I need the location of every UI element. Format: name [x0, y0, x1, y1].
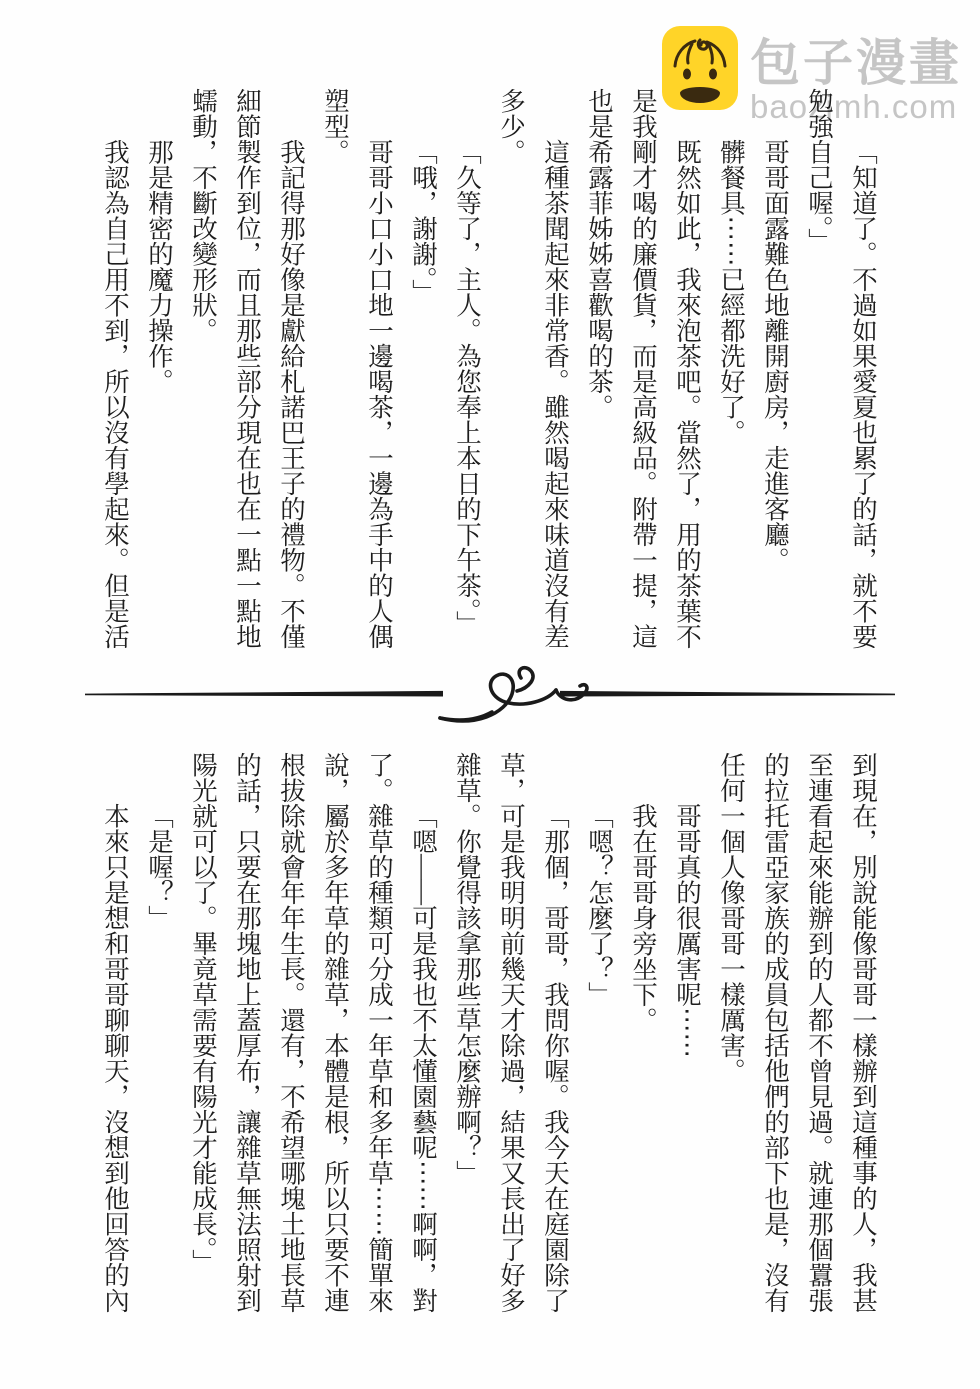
- text-column: 說，屬於多年草的雜草，本體是根，所以只要不連: [313, 752, 357, 1327]
- text-column: 了。雜草的種類可分成一年草和多年草⋯⋯簡單來: [357, 752, 401, 1327]
- text-column: 本來只是想和哥哥聊聊天，沒想到他回答的內: [93, 752, 137, 1327]
- text-column: 哥哥真的很厲害呢⋯⋯: [665, 752, 709, 1327]
- text-column: 陽光就可以了。畢竟草需要有陽光才能成長。」: [181, 752, 225, 1327]
- divider-flourish-icon: [0, 664, 980, 736]
- text-column: 根拔除就會年年生長。還有，不希望哪塊土地長草: [269, 752, 313, 1327]
- text-column: 到現在，別說能像哥哥一樣辦到這種事的人，我甚: [841, 752, 885, 1327]
- text-column: 既然如此，我來泡茶吧。當然了，用的茶葉不: [665, 88, 709, 663]
- text-column: 我記得那好像是獻給札諾巴王子的禮物。不僅: [269, 88, 313, 663]
- text-column: 任何一個人像哥哥一樣厲害。: [709, 752, 753, 1327]
- text-column: 哥哥小口小口地一邊喝茶，一邊為手中的人偶: [357, 88, 401, 663]
- text-column: 蠕動，不斷改變形狀。: [181, 88, 225, 663]
- text-column: 草，可是我明明前幾天才除過，結果又長出了好多: [489, 752, 533, 1327]
- text-column: 的拉托雷亞家族的成員包括他們的部下也是，沒有: [753, 752, 797, 1327]
- text-column: 「久等了，主人。為您奉上本日的下午茶。」: [445, 88, 489, 663]
- text-column: 「嗯？怎麼了？」: [577, 752, 621, 1327]
- text-column: 是我剛才喝的廉價貨，而是高級品。附帶一提，這: [621, 88, 665, 663]
- text-column: 至連看起來能辦到的人都不曾見過。就連那個囂張: [797, 752, 841, 1327]
- text-column: 多少。: [489, 88, 533, 663]
- bottom-text-section: 到現在，別說能像哥哥一樣辦到這種事的人，我甚至連看起來能辦到的人都不曾見過。就連…: [93, 752, 885, 1327]
- text-column: 塑型。: [313, 88, 357, 663]
- text-column: 哥哥面露難色地離開廚房，走進客廳。: [753, 88, 797, 663]
- text-column: 「知道了。不過如果愛夏也累了的話，就不要: [841, 88, 885, 663]
- text-column: 也是希露菲姊姊喜歡喝的茶。: [577, 88, 621, 663]
- text-column: 勉強自己喔。」: [797, 88, 841, 663]
- novel-page: 包子漫畫 baozimh.com 「知道了。不過如果愛夏也累了的話，就不要勉強自…: [0, 0, 980, 1389]
- text-column: 「那個，哥哥，我問你喔。我今天在庭園除了: [533, 752, 577, 1327]
- text-column: 「是喔？」: [137, 752, 181, 1327]
- text-column: 「哦，謝謝。」: [401, 88, 445, 663]
- section-divider: [0, 664, 980, 736]
- text-column: 我認為自己用不到，所以沒有學起來。但是活: [93, 88, 137, 663]
- text-column: 的話，只要在那塊地上蓋厚布，讓雜草無法照射到: [225, 752, 269, 1327]
- text-column: 雜草。你覺得該拿那些草怎麼辦啊？」: [445, 752, 489, 1327]
- text-column: 「嗯——可是我也不太懂園藝呢⋯⋯啊啊，對: [401, 752, 445, 1327]
- text-column: 這種茶聞起來非常香。雖然喝起來味道沒有差: [533, 88, 577, 663]
- text-column: 那是精密的魔力操作。: [137, 88, 181, 663]
- text-column: 髒餐具⋯⋯已經都洗好了。: [709, 88, 753, 663]
- text-column: 細節製作到位，而且那些部分現在也在一點一點地: [225, 88, 269, 663]
- top-text-section: 「知道了。不過如果愛夏也累了的話，就不要勉強自己喔。」哥哥面露難色地離開廚房，走…: [93, 88, 885, 663]
- text-column: 我在哥哥身旁坐下。: [621, 752, 665, 1327]
- watermark-brand: 包子漫畫: [750, 38, 962, 88]
